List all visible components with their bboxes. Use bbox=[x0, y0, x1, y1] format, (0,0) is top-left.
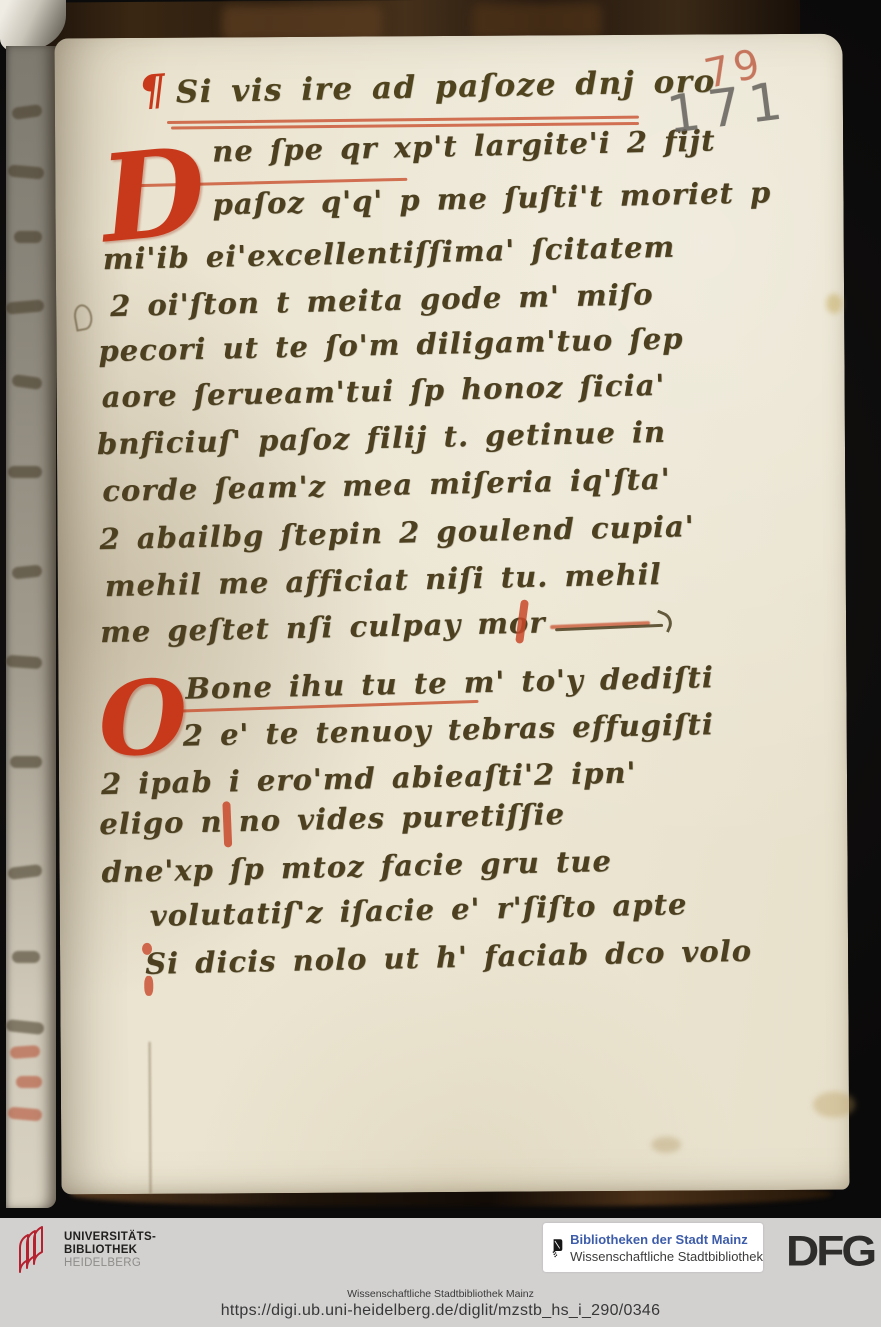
digitized-scan-page: ¶Si vis ire ad paſoze dnj oro D O ne ſpe… bbox=[0, 0, 881, 1327]
parchment-stain bbox=[651, 1137, 681, 1153]
parchment-stain bbox=[813, 1092, 855, 1118]
manuscript-text-line: 2 oi'ſton t meita gode m' miſo bbox=[110, 277, 654, 323]
manuscript-text-line: Bone ihu tu te m' to'y dediſti bbox=[185, 660, 714, 706]
manuscript-text-line: corde ſeam'z mea miſeria iq'ſta' bbox=[102, 462, 671, 508]
footer-url: https://digi.ub.uni-heidelberg.de/diglit… bbox=[0, 1302, 881, 1320]
facing-page-sliver bbox=[6, 46, 56, 1208]
manuscript-text-line: bnficiuſ' paſoz filij t. getinue in bbox=[97, 415, 667, 461]
heidelberg-logo: UNIVERSITÄTS- BIBLIOTHEK HEIDELBERG bbox=[14, 1226, 156, 1276]
facing-page-text-fragment bbox=[11, 104, 42, 120]
facing-page-text-fragment bbox=[8, 466, 42, 478]
manuscript-text-line: aore ſerueam'tui ſp honoz ſicia' bbox=[101, 368, 665, 414]
facing-page-text-fragment bbox=[14, 231, 42, 243]
margin-ink-mark bbox=[72, 303, 94, 332]
manuscript-page: ¶Si vis ire ad paſoze dnj oro D O ne ſpe… bbox=[54, 34, 849, 1195]
heidelberg-logo-line2: BIBLIOTHEK bbox=[64, 1244, 156, 1257]
heidelberg-logo-text: UNIVERSITÄTS- BIBLIOTHEK HEIDELBERG bbox=[64, 1231, 156, 1270]
heidelberg-logo-line3: HEIDELBERG bbox=[64, 1257, 156, 1270]
heading-text: Si vis ire ad paſoze dnj oro bbox=[175, 64, 716, 111]
facing-page-text-fragment bbox=[11, 374, 42, 390]
mainz-logo-text: Bibliotheken der Stadt Mainz Wissenschaf… bbox=[570, 1231, 763, 1265]
parchment-stain bbox=[826, 294, 842, 314]
manuscript-text-line: dne'xp ſp mtoz facie gru tue bbox=[101, 844, 612, 889]
manuscript-text-line: 2 e' te tenuoy tebras effugiſti bbox=[182, 707, 714, 753]
red-initial-touch bbox=[142, 943, 152, 955]
facing-page-rubric-fragment bbox=[16, 1076, 42, 1088]
facing-page-text-fragment bbox=[12, 951, 40, 963]
manuscript-text-line: 2 abailbg ſtepin 2 goulend cupia' bbox=[99, 509, 695, 556]
page-crease bbox=[149, 1042, 152, 1194]
mainz-logo-box: Bibliotheken der Stadt Mainz Wissenschaf… bbox=[543, 1223, 763, 1272]
rubricated-heading: ¶Si vis ire ad paſoze dnj oro bbox=[139, 62, 716, 115]
facing-page-text-fragment bbox=[7, 864, 42, 880]
book-with-dots-icon bbox=[551, 1228, 564, 1268]
strike-hook-mark bbox=[651, 610, 675, 633]
facing-page-text-fragment bbox=[10, 756, 42, 768]
manuscript-text-line: mehil me afficiat niſi tu. mehil bbox=[104, 557, 662, 603]
rubricated-initial: O bbox=[97, 666, 190, 772]
facing-page-rubric-fragment bbox=[8, 1107, 43, 1122]
manuscript-text-line: ne ſpe qr xp't largite'i 2 fijt bbox=[212, 123, 716, 168]
red-initial-touch bbox=[144, 976, 153, 996]
manuscript-text-line: Si dicis nolo ut h' faciab dco volo bbox=[145, 934, 753, 981]
photograph-area: ¶Si vis ire ad paſoze dnj oro D O ne ſpe… bbox=[0, 0, 881, 1218]
dfg-logo: DFG bbox=[786, 1226, 874, 1276]
footer-caption: Wissenschaftliche Stadtbibliothek Mainz bbox=[0, 1288, 881, 1300]
binding-highlight bbox=[472, 3, 602, 40]
facing-page-text-fragment bbox=[6, 655, 43, 669]
facing-page-text-fragment bbox=[11, 564, 42, 579]
facing-page-text-fragment bbox=[5, 1019, 44, 1035]
facing-page-text-fragment bbox=[6, 299, 45, 314]
manuscript-text-line: pecori ut te ſo'm diligam'tuo ſep bbox=[98, 321, 684, 368]
heidelberg-logo-line1: UNIVERSITÄTS- bbox=[64, 1231, 156, 1244]
facing-page-rubric-fragment bbox=[10, 1045, 41, 1059]
pilcrow-mark: ¶ bbox=[137, 65, 167, 116]
manuscript-text-line: me geſtet nſi culpay mor bbox=[100, 605, 546, 649]
mainz-logo-line2: Wissenschaftliche Stadtbibliothek bbox=[570, 1248, 763, 1265]
manuscript-text-line: volutatiſ'z iſacie e' r'ſiſto apte bbox=[149, 887, 687, 933]
open-book-outline-icon bbox=[14, 1226, 54, 1276]
manuscript-text-line: eligo n no vides puretiſſie bbox=[99, 797, 565, 841]
facing-page-text-fragment bbox=[8, 164, 45, 179]
mainz-logo-line1: Bibliotheken der Stadt Mainz bbox=[570, 1231, 763, 1248]
library-footer: UNIVERSITÄTS- BIBLIOTHEK HEIDELBERG Bibl… bbox=[0, 1218, 881, 1327]
